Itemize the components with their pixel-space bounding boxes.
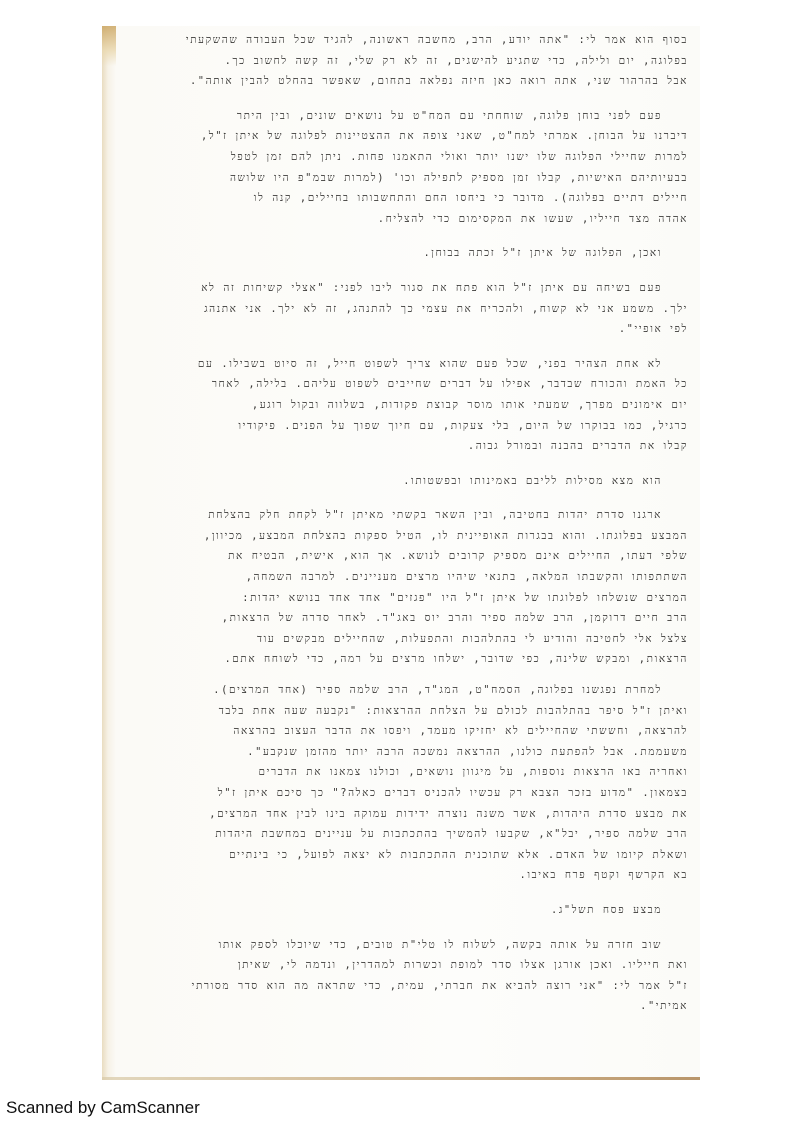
text-line: למרות שחיילי הפלוגה שלו ישנו יותר ואולי … <box>118 147 688 168</box>
paragraph: הוא מצא מסילות לליבם באמינותו ובפשטותו. <box>118 471 688 492</box>
paragraph: לא אחת הצהיר בפני, שכל פעם שהוא צריך לשפ… <box>118 354 688 457</box>
text-line: לא אחת הצהיר בפני, שכל פעם שהוא צריך לשפ… <box>118 354 688 375</box>
text-line: יום אימונים מפרך, שמעתי אותו מוסר קבוצת … <box>118 395 688 416</box>
text-line: לפי אופיי". <box>118 319 688 340</box>
text-line: דיברנו על הבוחן. אמרתי למח"ט, שאני צופה … <box>118 126 688 147</box>
paragraph: ואכן, הפלוגה של איתן ז"ל זכתה בבוחן. <box>118 243 688 264</box>
text-line: אמיתי". <box>118 996 688 1017</box>
text-line: בסוף הוא אמר לי: "אתה יודע, הרב, מחשבה ר… <box>118 30 688 51</box>
text-line: אבל בהרהור שני, אתה רואה כאן חיזה נפלאה … <box>118 71 688 92</box>
paragraph: בסוף הוא אמר לי: "אתה יודע, הרב, מחשבה ר… <box>118 30 688 92</box>
paragraph: שוב חזרה על אותה בקשה, לשלוח לו טלי"ת טו… <box>118 935 688 1017</box>
text-line: מבצע פסח תשל"ג. <box>118 900 688 921</box>
document-body: בסוף הוא אמר לי: "אתה יודע, הרב, מחשבה ר… <box>118 30 688 1017</box>
text-line: פעם לפני בוחן פלוגה, שוחחתי עם המח"ט על … <box>118 106 688 127</box>
text-line: ושאלת קיומו של האדם. אלא שתוכנית ההתכתבו… <box>118 845 688 866</box>
text-line: השתתפותו והקשבתו המלאה, בתנאי שיהיו מרצי… <box>118 567 688 588</box>
paragraph-gap <box>118 670 688 680</box>
paragraph-gap <box>118 340 688 354</box>
text-line: ילך. משמע אני לא קשוח, ולהכריח את עצמי כ… <box>118 299 688 320</box>
text-line: בא הקרשף וקטף פרח באיבו. <box>118 865 688 886</box>
text-line: משעממת. אבל להפתעת כולנו, ההרצאה נמשכה ה… <box>118 742 688 763</box>
text-line: למחרת נפגשנו בפלוגה, הסמח"ט, המג"ד, הרב … <box>118 680 688 701</box>
paragraph-gap <box>118 921 688 935</box>
paragraph: מבצע פסח תשל"ג. <box>118 900 688 921</box>
text-line: ארגנו סדרת יהדות בחטיבה, ובין השאר בקשתי… <box>118 505 688 526</box>
text-line: ואת חייליו. ואכן אורגן אצלו סדר למופת וכ… <box>118 955 688 976</box>
paragraph-gap <box>118 886 688 900</box>
text-line: הרב חיים דרוקמן, הרב שלמה ספיר והרב יוס … <box>118 608 688 629</box>
text-line: ואיתן ז"ל סיפר בהתלהבות לכולם על הצלחת ה… <box>118 701 688 722</box>
paragraph-gap <box>118 92 688 106</box>
paragraph: ארגנו סדרת יהדות בחטיבה, ובין השאר בקשתי… <box>118 505 688 670</box>
text-line: הרב שלמה ספיר, יבל"א, שקבעו להמשיך בהתכת… <box>118 824 688 845</box>
text-line: בצמאון. "מדוע בזכר הצבא רק עכשיו להכניס … <box>118 783 688 804</box>
text-line: ואכן, הפלוגה של איתן ז"ל זכתה בבוחן. <box>118 243 688 264</box>
text-line: בבעיותיהם האישיות, קבלו זמן מספיק לתפילה… <box>118 168 688 189</box>
text-line: כרגיל, כמו בבוקרו של היום, בלי צעקות, עם… <box>118 416 688 437</box>
paragraph: למחרת נפגשנו בפלוגה, הסמח"ט, המג"ד, הרב … <box>118 680 688 886</box>
text-line: הרצאות, ומבקש שלינה, כפי שדובר, ישלחו מר… <box>118 649 688 670</box>
text-line: חיילים דתיים בפלוגה). מדובר כי ביחסו החם… <box>118 188 688 209</box>
text-line: כל האמת והכורח שבדבר, אפילו על דברים שחי… <box>118 374 688 395</box>
scanner-watermark: Scanned by CamScanner <box>6 1098 200 1118</box>
text-line: המרצים שנשלחו לפלוגתו של איתן ז"ל היו "פ… <box>118 588 688 609</box>
text-line: פעם בשיחה עם איתן ז"ל הוא פתח את סגור לי… <box>118 278 688 299</box>
text-line: בפלוגה, יום ולילה, כדי שתגיע להישגים, זה… <box>118 51 688 72</box>
paragraph-gap <box>118 264 688 278</box>
text-line: שלפי דעתו, החיילים אינם מספיק קרובים לנו… <box>118 546 688 567</box>
paragraph: פעם בשיחה עם איתן ז"ל הוא פתח את סגור לי… <box>118 278 688 340</box>
paragraph: פעם לפני בוחן פלוגה, שוחחתי עם המח"ט על … <box>118 106 688 230</box>
text-line: קבלו את הדברים בהבנה ובמורל גבוה. <box>118 436 688 457</box>
scanned-page: בסוף הוא אמר לי: "אתה יודע, הרב, מחשבה ר… <box>102 26 700 1080</box>
paragraph-gap <box>118 457 688 471</box>
paragraph-gap <box>118 491 688 505</box>
text-line: להרצאה, וחששתי שהחיילים לא יחזיקו מעמד, … <box>118 721 688 742</box>
text-line: המבצע בפלוגתו. והוא בבגרות האופיינית לו,… <box>118 526 688 547</box>
paragraph-gap <box>118 229 688 243</box>
text-line: שוב חזרה על אותה בקשה, לשלוח לו טלי"ת טו… <box>118 935 688 956</box>
text-line: את מבצע סדרת היהדות, אשר משנה נוצרה ידיד… <box>118 804 688 825</box>
text-line: ז"ל אמר לי: "אני רוצה להביא את חברתי, עמ… <box>118 976 688 997</box>
text-line: אהדה מצד חייליו, שעשו את המקסימום כדי לה… <box>118 209 688 230</box>
text-line: ואחריה באו הרצאות נוספות, על מיגוון נושא… <box>118 762 688 783</box>
text-line: צלצל אלי לחטיבה והודיע לי בהתלהבות והתפע… <box>118 629 688 650</box>
text-line: הוא מצא מסילות לליבם באמינותו ובפשטותו. <box>118 471 688 492</box>
